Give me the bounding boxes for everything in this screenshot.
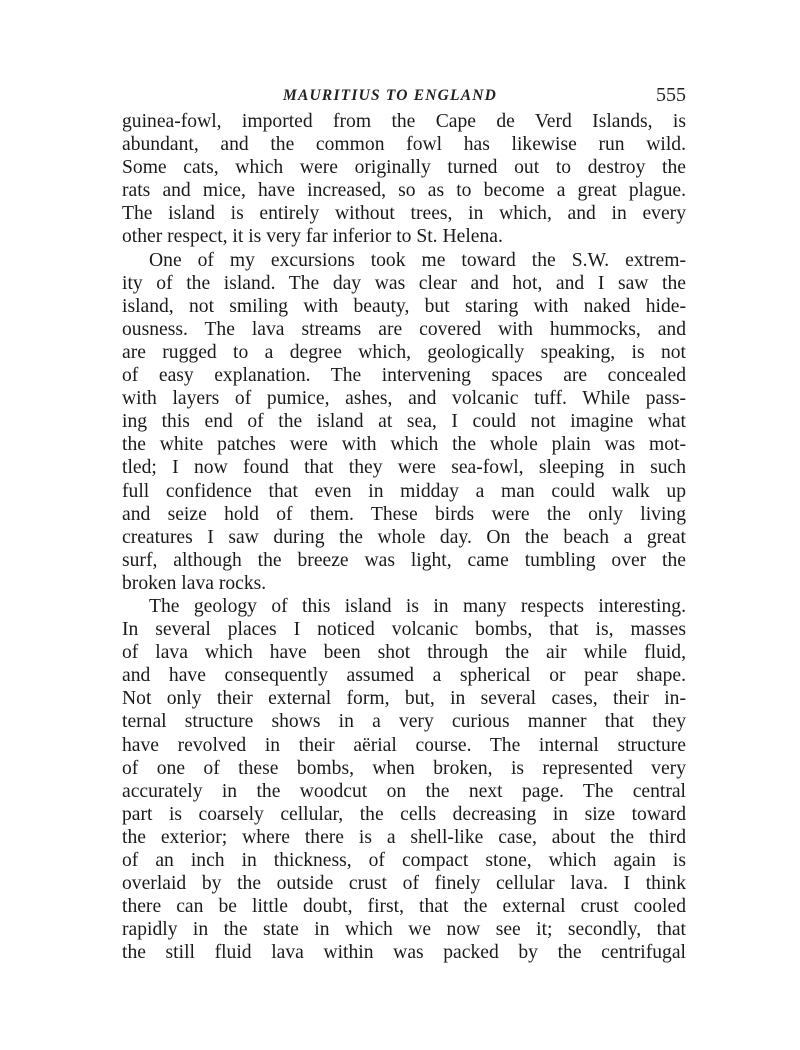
text-line: ing this end of the island at sea, I cou… (122, 410, 686, 433)
text-line: surf, although the breeze was light, cam… (122, 549, 686, 572)
text-line: Some cats, which were originally turned … (122, 156, 686, 179)
text-line: rats and mice, have increased, so as to … (122, 179, 686, 202)
text-line: the still fluid lava within was packed b… (122, 941, 686, 964)
paragraph-1: guinea-fowl, imported from the Cape de V… (122, 110, 686, 249)
text-line: accurately in the woodcut on the next pa… (122, 780, 686, 803)
text-line: In several places I noticed volcanic bom… (122, 618, 686, 641)
text-line: the white patches were with which the wh… (122, 433, 686, 456)
text-line: other respect, it is very far inferior t… (122, 225, 686, 248)
text-line: island, not smiling with beauty, but sta… (122, 295, 686, 318)
running-head: MAURITIUS TO ENGLAND 555 (122, 84, 686, 108)
text-line: Not only their external form, but, in se… (122, 687, 686, 710)
text-line: One of my excursions took me toward the … (122, 249, 686, 272)
text-line: guinea-fowl, imported from the Cape de V… (122, 110, 686, 133)
text-line: ternal structure shows in a very curious… (122, 710, 686, 733)
text-line: broken lava rocks. (122, 572, 686, 595)
text-line: the exterior; where there is a shell-lik… (122, 826, 686, 849)
text-line: of an inch in thickness, of compact ston… (122, 849, 686, 872)
text-line: with layers of pumice, ashes, and volcan… (122, 387, 686, 410)
text-line: tled; I now found that they were sea-fow… (122, 456, 686, 479)
text-line: ousness. The lava streams are covered wi… (122, 318, 686, 341)
text-line: part is coarsely cellular, the cells dec… (122, 803, 686, 826)
text-line: overlaid by the outside crust of finely … (122, 872, 686, 895)
text-line: rapidly in the state in which we now see… (122, 918, 686, 941)
text-line: and have consequently assumed a spherica… (122, 664, 686, 687)
text-line: are rugged to a degree which, geological… (122, 341, 686, 364)
paragraph-2: One of my excursions took me toward the … (122, 249, 686, 595)
text-line: The island is entirely without trees, in… (122, 202, 686, 225)
text-line: have revolved in their aërial course. Th… (122, 734, 686, 757)
text-line: The geology of this island is in many re… (122, 595, 686, 618)
body-text: guinea-fowl, imported from the Cape de V… (122, 110, 686, 964)
text-line: abundant, and the common fowl has likewi… (122, 133, 686, 156)
text-line: and seize hold of them. These birds were… (122, 503, 686, 526)
text-line: ity of the island. The day was clear and… (122, 272, 686, 295)
text-line: creatures I saw during the whole day. On… (122, 526, 686, 549)
page-number: 555 (656, 84, 686, 107)
text-line: of one of these bombs, when broken, is r… (122, 757, 686, 780)
book-page: MAURITIUS TO ENGLAND 555 guinea-fowl, im… (122, 84, 686, 964)
running-title: MAURITIUS TO ENGLAND (283, 87, 497, 105)
paragraph-3: The geology of this island is in many re… (122, 595, 686, 965)
text-line: of easy explanation. The intervening spa… (122, 364, 686, 387)
text-line: there can be little doubt, first, that t… (122, 895, 686, 918)
text-line: of lava which have been shot through the… (122, 641, 686, 664)
text-line: full confidence that even in midday a ma… (122, 480, 686, 503)
